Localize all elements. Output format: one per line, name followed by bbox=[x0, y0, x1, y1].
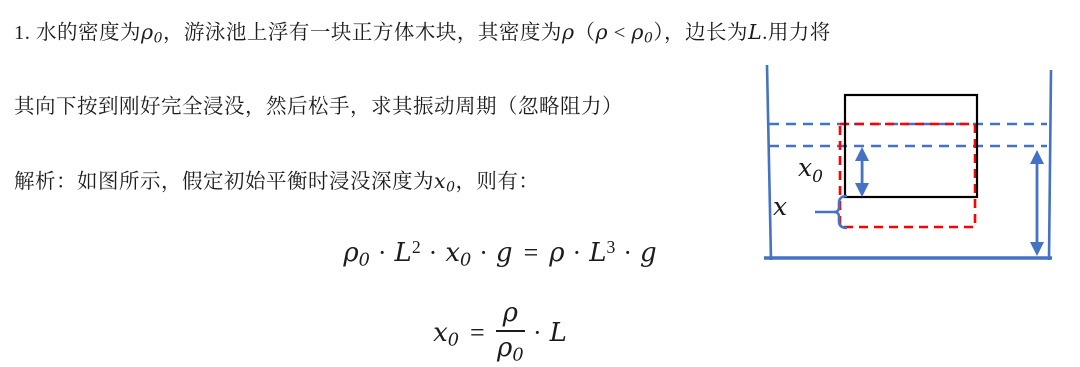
x0-depth-arrow bbox=[855, 147, 869, 197]
equals-sign: = bbox=[470, 318, 485, 348]
buoyancy-diagram: x0 x bbox=[753, 45, 1071, 269]
line3-text-1: 解析：如图所示，假定初始平衡时浸没深度为 bbox=[14, 171, 434, 193]
dot-operator: · bbox=[429, 238, 438, 268]
submerged-block-outline bbox=[840, 124, 975, 227]
line3-text-2: ，则有： bbox=[455, 171, 539, 193]
x-displacement-label: x bbox=[773, 192, 787, 221]
x0-depth-label: x0 bbox=[798, 153, 823, 187]
solution-line: 解析：如图所示，假定初始平衡时浸没深度为x0，则有： bbox=[14, 164, 539, 194]
line1-text-4: ），边长为 bbox=[653, 22, 748, 44]
physics-problem-page: { "colors": { "diagram_blue": "#4472C4",… bbox=[0, 0, 1080, 367]
dot-operator: · bbox=[533, 318, 542, 348]
less-than: < bbox=[608, 22, 631, 44]
dot-operator: · bbox=[623, 238, 632, 268]
x0-symbol: x0 bbox=[434, 169, 455, 193]
L-symbol: L bbox=[748, 20, 762, 44]
line1-text-2: ，游泳池上浮有一块正方体木块，其密度为 bbox=[163, 22, 562, 44]
rho-inner-symbol: ρ bbox=[596, 20, 609, 44]
equation-x0-result: x0=ρρ0·L bbox=[0, 302, 1000, 365]
dot-operator: · bbox=[479, 238, 488, 268]
dot-operator: · bbox=[573, 238, 582, 268]
line1-paren-open: （ bbox=[575, 22, 596, 44]
fraction-rho-over-rho0: ρρ0 bbox=[496, 300, 525, 363]
problem-line-2: 其向下按到刚好完全浸没，然后松手，求其振动周期（忽略阻力） bbox=[14, 89, 623, 119]
dot-operator: · bbox=[378, 238, 387, 268]
x-brace bbox=[833, 196, 847, 228]
rho-symbol: ρ bbox=[562, 20, 575, 44]
line1-text-5: .用力将 bbox=[762, 22, 831, 44]
pool-left-wall bbox=[767, 65, 771, 260]
pool-right-wall bbox=[1049, 70, 1051, 260]
equals-sign: = bbox=[524, 238, 539, 268]
problem-line-1: 1. 水的密度为ρ0，游泳池上浮有一块正方体木块，其密度为ρ（ρ < ρ0），边… bbox=[14, 15, 831, 45]
rho0b-symbol: ρ0 bbox=[631, 20, 653, 44]
problem-number: 1. bbox=[14, 22, 30, 44]
water-depth-arrow bbox=[1030, 150, 1044, 256]
line1-text-1: 水的密度为 bbox=[36, 22, 141, 44]
rho0-symbol: ρ0 bbox=[141, 20, 163, 44]
